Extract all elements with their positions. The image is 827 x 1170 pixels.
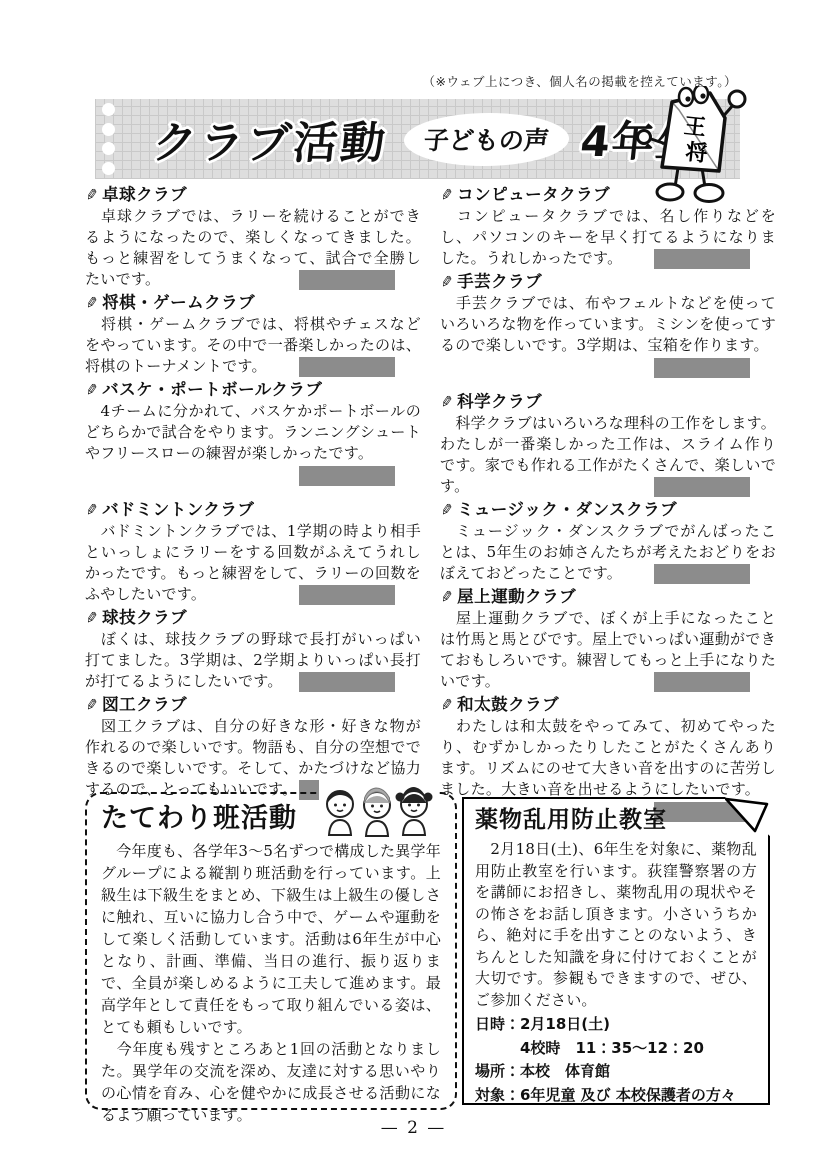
club-heading-text: 手芸クラブ	[457, 272, 542, 292]
club-entry: ✎ バドミントンクラブ バドミントンクラブでは、1学期の時より相手といっしょにラ…	[85, 500, 421, 605]
club-entry: ✎ 将棋・ゲームクラブ 将棋・ゲームクラブでは、将棋やチェスなどをやっています。…	[85, 293, 421, 377]
pencil-icon: ✎	[438, 499, 454, 521]
club-entry: ✎ 屋上運動クラブ 屋上運動クラブで、ぼくが上手になったことは竹馬と馬とびです。…	[440, 587, 776, 692]
notice-title: 薬物乱用防止教室	[475, 805, 757, 835]
notice-detail-line: 4校時 11：35～12：20	[475, 1037, 757, 1061]
club-entry: ✎ 手芸クラブ 手芸クラブでは、布やフェルトなどを使っていろいろな物を作っていま…	[440, 272, 776, 378]
club-heading: ✎ ミュージック・ダンスクラブ	[440, 500, 776, 520]
club-heading: ✎ バドミントンクラブ	[85, 500, 421, 520]
club-body-text: わたしは和太鼓をやってみて、初めてやったり、むずかしかったりしたことがたくさんあ…	[440, 716, 776, 800]
pencil-icon: ✎	[438, 271, 454, 293]
club-heading: ✎ 手芸クラブ	[440, 272, 776, 292]
redacted-name-box	[299, 466, 395, 486]
drug-prevention-notice-box: 薬物乱用防止教室 2月18日(土)、6年生を対象に、薬物乱用防止教室を行います。…	[462, 797, 770, 1105]
tatewari-paragraph-2: 今年度も残すところあと1回の活動となりました。異学年の交流を深め、友達に対する思…	[101, 1038, 441, 1126]
club-heading-text: 卓球クラブ	[102, 185, 187, 205]
club-entry: ✎ 科学クラブ 科学クラブはいろいろな理科の工作をします。わたしが一番楽しかった…	[440, 392, 776, 497]
pencil-icon: ✎	[83, 184, 99, 206]
redacted-name-box	[654, 249, 750, 269]
club-heading-text: 図工クラブ	[102, 695, 187, 715]
newsletter-page: { "page": { "note": "（※ウェブ上につき、個人名の掲載を控え…	[0, 0, 827, 1170]
club-entry: ✎ 球技クラブ ぼくは、球技クラブの野球で長打がいっぱい打てました。3学期は、2…	[85, 608, 421, 692]
club-heading: ✎ 将棋・ゲームクラブ	[85, 293, 421, 313]
binder-hole	[102, 103, 115, 116]
club-heading-text: ミュージック・ダンスクラブ	[457, 500, 677, 520]
folded-corner-icon	[725, 797, 771, 837]
pencil-icon: ✎	[83, 694, 99, 716]
tatewari-activity-box: たてわり班活動 今年度も、各学年3～5名ずつで構成した異学年グループによる縦割り…	[85, 792, 457, 1110]
club-heading-text: 科学クラブ	[457, 392, 542, 412]
notice-detail-line: 日時：2月18日(土)	[475, 1013, 757, 1037]
club-heading: ✎ 和太鼓クラブ	[440, 695, 776, 715]
pencil-icon: ✎	[83, 499, 99, 521]
redacted-name-box	[654, 564, 750, 584]
club-heading-text: 球技クラブ	[102, 608, 187, 628]
club-heading: ✎ 屋上運動クラブ	[440, 587, 776, 607]
tatewari-paragraph-1: 今年度も、各学年3～5名ずつで構成した異学年グループによる縦割り班活動を行ってい…	[101, 840, 441, 1038]
notice-detail-line: 場所：本校 体育館	[475, 1060, 757, 1084]
club-heading-text: バドミントンクラブ	[102, 500, 254, 520]
pencil-icon: ✎	[438, 184, 454, 206]
club-heading: ✎ バスケ・ポートボールクラブ	[85, 380, 421, 400]
club-heading: ✎ コンピュータクラブ	[440, 185, 776, 205]
club-heading-text: コンピュータクラブ	[457, 185, 610, 205]
notice-detail-line: 対象：6年児童 及び 本校保護者の方々	[475, 1084, 757, 1108]
redacted-name-box	[299, 270, 395, 290]
binder-hole	[102, 142, 115, 155]
binder-hole	[102, 123, 115, 136]
pencil-icon: ✎	[83, 607, 99, 629]
binder-hole	[102, 162, 115, 175]
club-heading-text: バスケ・ポートボールクラブ	[102, 380, 322, 400]
binder-holes	[102, 103, 115, 175]
redacted-name-box	[654, 358, 750, 378]
redacted-name-box	[299, 357, 395, 377]
redacted-name-box	[299, 585, 395, 605]
pencil-icon: ✎	[83, 379, 99, 401]
club-body-text: 手芸クラブでは、布やフェルトなどを使っていろいろな物を作っています。ミシンを使っ…	[440, 293, 776, 356]
club-heading-text: 和太鼓クラブ	[457, 695, 559, 715]
club-entry: ✎ 卓球クラブ 卓球クラブでは、ラリーを続けることができるようになったので、楽し…	[85, 185, 421, 290]
club-heading: ✎ 卓球クラブ	[85, 185, 421, 205]
children-illustration-icon	[319, 780, 437, 838]
club-heading: ✎ 図工クラブ	[85, 695, 421, 715]
pencil-icon: ✎	[438, 391, 454, 413]
club-heading: ✎ 科学クラブ	[440, 392, 776, 412]
notice-detail-lines: 日時：2月18日(土) 4校時 11：35～12：20場所：本校 体育館対象：6…	[475, 1013, 757, 1107]
club-heading-text: 将棋・ゲームクラブ	[102, 293, 255, 313]
club-heading: ✎ 球技クラブ	[85, 608, 421, 628]
redacted-name-box	[654, 672, 750, 692]
banner-title: クラブ活動	[150, 107, 392, 171]
pencil-icon: ✎	[438, 586, 454, 608]
redacted-name-box	[654, 477, 750, 497]
mascot-kanji-bottom: 将	[684, 140, 709, 167]
redacted-name-box	[299, 672, 395, 692]
pencil-icon: ✎	[83, 292, 99, 314]
club-entry: ✎ ミュージック・ダンスクラブ ミュージック・ダンスクラブでがんばったことは、5…	[440, 500, 776, 584]
page-number: — 2 —	[0, 1118, 827, 1138]
notice-body-text: 2月18日(土)、6年生を対象に、薬物乱用防止教室を行います。荻窪警察署の方を講…	[475, 839, 757, 1011]
mascot-kanji-top: 王	[683, 114, 708, 141]
club-entry: ✎ バスケ・ポートボールクラブ 4チームに分かれて、バスケかポートボールのどちら…	[85, 380, 421, 486]
club-column-left: ✎ 卓球クラブ 卓球クラブでは、ラリーを続けることができるようになったので、楽し…	[85, 184, 421, 803]
pencil-icon: ✎	[438, 694, 454, 716]
club-entry: ✎ コンピュータクラブ コンピュータクラブでは、名し作りなどをし、パソコンのキー…	[440, 185, 776, 269]
club-body-text: 4チームに分かれて、バスケかポートボールのどちらかで試合をやります。ランニングシ…	[85, 401, 421, 464]
club-column-right: ✎ コンピュータクラブ コンピュータクラブでは、名し作りなどをし、パソコンのキー…	[440, 184, 776, 825]
banner-badge: 子どもの声	[401, 113, 572, 166]
club-heading-text: 屋上運動クラブ	[457, 587, 576, 607]
